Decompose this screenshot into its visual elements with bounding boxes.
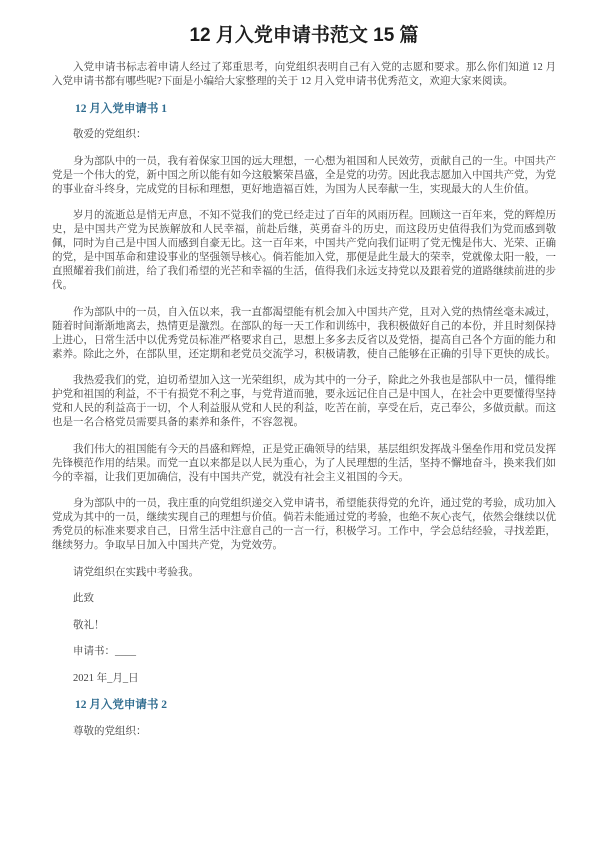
letter-1-salute-line: 敬礼！	[52, 619, 556, 633]
letter-1-cizhi-line: 此致	[52, 592, 556, 606]
letter-1-paragraph-2: 岁月的流逝总是悄无声息，不知不觉我们的党已经走过了百年的风雨历程。回顾这一百年来…	[52, 209, 556, 293]
letter-1: 12 月入党申请书 1 敬爱的党组织： 身为部队中的一员，我有着保家卫国的远大理…	[52, 102, 556, 686]
letter-1-applicant-line: 申请书：____	[52, 645, 556, 659]
letter-1-heading: 12 月入党申请书 1	[52, 102, 556, 116]
letter-1-paragraph-6: 身为部队中的一员，我庄重的向党组织递交入党申请书，希望能获得党的允许，通过党的考…	[52, 497, 556, 553]
letter-1-examine-line: 请党组织在实践中考验我。	[52, 566, 556, 580]
letter-1-paragraph-5: 我们伟大的祖国能有今天的昌盛和辉煌，正是党正确领导的结果，基层组织发挥战斗堡垒作…	[52, 443, 556, 485]
letter-2-salutation: 尊敬的党组织：	[52, 725, 556, 739]
document-page: 12 月入党申请书范文 15 篇 入党申请书标志着申请人经过了郑重思考，向党组织…	[0, 0, 600, 849]
letter-2: 12 月入党申请书 2 尊敬的党组织：	[52, 698, 556, 739]
letter-1-salutation: 敬爱的党组织：	[52, 128, 556, 142]
letter-2-heading: 12 月入党申请书 2	[52, 698, 556, 712]
letter-1-paragraph-3: 作为部队中的一员，自入伍以来，我一直都渴望能有机会加入中国共产党，且对入党的热情…	[52, 306, 556, 362]
intro-paragraph: 入党申请书标志着申请人经过了郑重思考，向党组织表明自己有入党的志愿和要求。那么你…	[52, 61, 556, 89]
letter-1-date-line: 2021 年_月_日	[52, 672, 556, 686]
letter-1-paragraph-1: 身为部队中的一员，我有着保家卫国的远大理想，一心想为祖国和人民效劳，贡献自己的一…	[52, 155, 556, 197]
document-title: 12 月入党申请书范文 15 篇	[52, 25, 556, 47]
letter-1-paragraph-4: 我热爱我们的党，迫切希望加入这一光荣组织，成为其中的一分子，除此之外我也是部队中…	[52, 374, 556, 430]
